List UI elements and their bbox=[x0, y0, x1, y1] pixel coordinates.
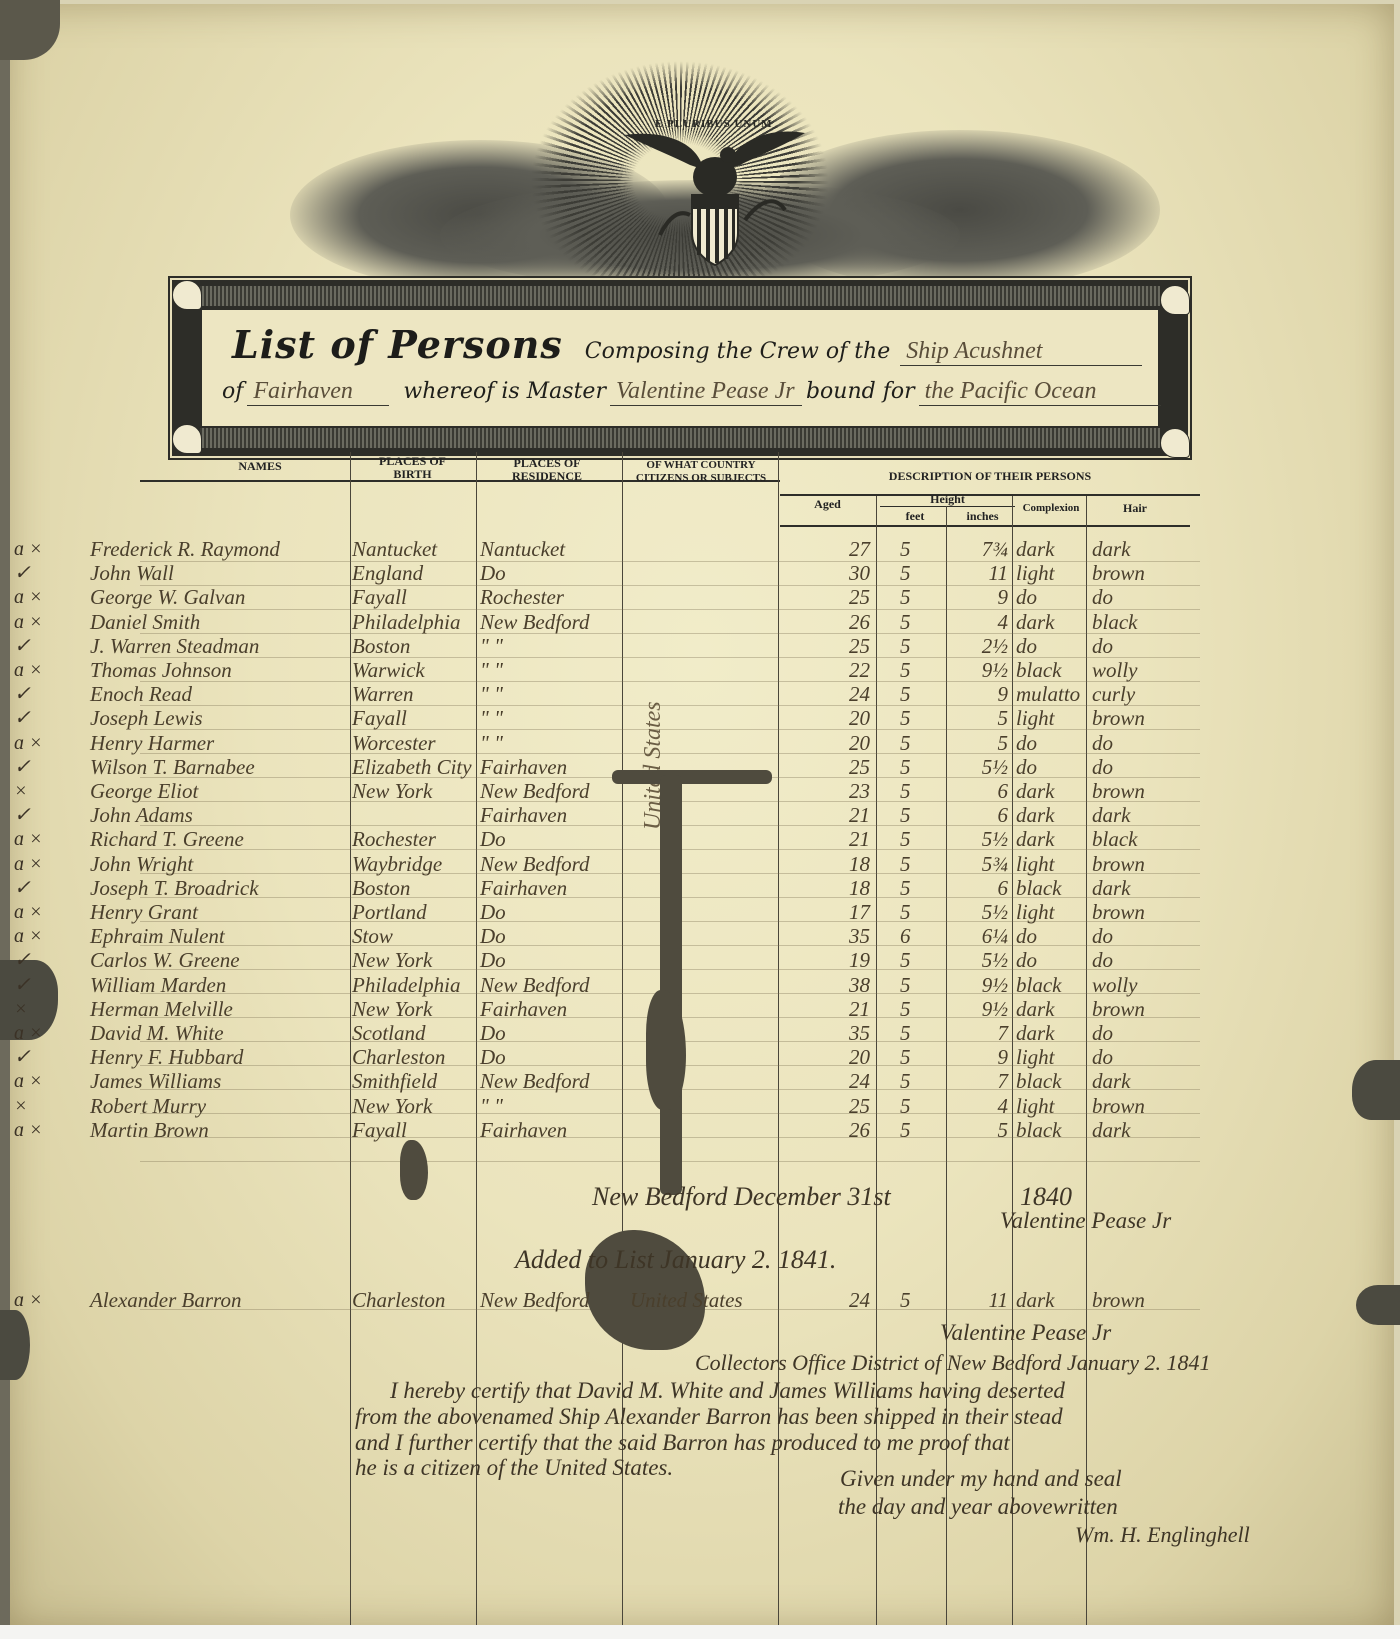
cell-inches: 5 bbox=[950, 706, 1008, 730]
cell-residence: Do bbox=[480, 1045, 620, 1069]
cell-inches: 5¾ bbox=[950, 852, 1008, 876]
cell-name: J. Warren Steadman bbox=[90, 634, 350, 658]
cell-birth: New York bbox=[352, 997, 476, 1021]
cell-inches: 9½ bbox=[950, 997, 1008, 1021]
cell-inches: 11 bbox=[950, 1288, 1008, 1312]
cell-residence: Rochester bbox=[480, 585, 620, 609]
crew-row: ɑ ×John WrightWaybridgeNew Bedford1855¾l… bbox=[0, 852, 1400, 876]
col-header-height: Height bbox=[880, 493, 1015, 506]
cell-complexion: dark bbox=[1016, 610, 1086, 634]
cell-residence: Do bbox=[480, 827, 620, 851]
cell-hair: do bbox=[1092, 1045, 1182, 1069]
cell-name: Richard T. Greene bbox=[90, 827, 350, 851]
cell-complexion: light bbox=[1016, 900, 1086, 924]
cell-age: 24 bbox=[790, 682, 870, 706]
printed-of: of bbox=[222, 379, 243, 404]
cell-inches: 9½ bbox=[950, 658, 1008, 682]
frame-band-bottom bbox=[200, 428, 1160, 448]
cell-inches: 5½ bbox=[950, 900, 1008, 924]
crew-row: ɑ ×George W. GalvanFayallRochester2559do… bbox=[0, 585, 1400, 609]
cell-complexion: dark bbox=[1016, 997, 1086, 1021]
cell-feet: 5 bbox=[900, 585, 940, 609]
crew-row: ɑ ×David M. WhiteScotlandDo3557darkdo bbox=[0, 1021, 1400, 1045]
cell-marks: ɑ × bbox=[14, 585, 84, 609]
cell-residence: Do bbox=[480, 924, 620, 948]
title-line-2: of Fairhaven whereof is Master Valentine… bbox=[222, 378, 1142, 418]
cell-name: George W. Galvan bbox=[90, 585, 350, 609]
cell-marks: ɑ × bbox=[14, 731, 84, 755]
cell-name: Martin Brown bbox=[90, 1118, 350, 1142]
cell-feet: 5 bbox=[900, 537, 940, 561]
cell-complexion: do bbox=[1016, 731, 1086, 755]
certificate-header: Collectors Office District of New Bedfor… bbox=[695, 1350, 1211, 1376]
cell-birth: Philadelphia bbox=[352, 610, 476, 634]
cell-residence: New Bedford bbox=[480, 1288, 620, 1312]
cell-residence: " " bbox=[480, 731, 620, 755]
col-header-inches: inches bbox=[950, 510, 1015, 523]
cell-age: 17 bbox=[790, 900, 870, 924]
cell-feet: 5 bbox=[900, 658, 940, 682]
eagle-shield-icon bbox=[620, 115, 810, 285]
cell-name: James Williams bbox=[90, 1069, 350, 1093]
frame-corner-ornament bbox=[172, 280, 202, 310]
cell-residence: Fairhaven bbox=[480, 1118, 620, 1142]
cell-feet: 5 bbox=[900, 973, 940, 997]
cell-complexion: dark bbox=[1016, 779, 1086, 803]
cell-age: 19 bbox=[790, 948, 870, 972]
cell-age: 27 bbox=[790, 537, 870, 561]
cell-age: 35 bbox=[790, 1021, 870, 1045]
cell-marks: ✓ bbox=[14, 755, 84, 779]
cell-marks: ɑ × bbox=[14, 537, 84, 561]
cell-residence: " " bbox=[480, 682, 620, 706]
ink-stain bbox=[612, 770, 772, 784]
master-signature-1: Valentine Pease Jr bbox=[1000, 1208, 1171, 1234]
cell-age: 20 bbox=[790, 731, 870, 755]
cell-inches: 9 bbox=[950, 585, 1008, 609]
cell-birth: Charleston bbox=[352, 1045, 476, 1069]
cell-residence: " " bbox=[480, 634, 620, 658]
crew-row: ✓Henry F. HubbardCharlestonDo2059lightdo bbox=[0, 1045, 1400, 1069]
col-header-hair: Hair bbox=[1090, 502, 1180, 515]
cell-feet: 5 bbox=[900, 852, 940, 876]
cell-country: United States bbox=[630, 1288, 775, 1312]
frame-corner-ornament bbox=[1160, 285, 1190, 315]
cell-name: Frederick R. Raymond bbox=[90, 537, 350, 561]
cell-feet: 5 bbox=[900, 561, 940, 585]
crew-row: ɑ ×Frederick R. RaymondNantucketNantucke… bbox=[0, 537, 1400, 561]
document-title: List of Persons bbox=[232, 322, 563, 367]
cell-name: Wilson T. Barnabee bbox=[90, 755, 350, 779]
cell-feet: 5 bbox=[900, 610, 940, 634]
cell-marks: ✓ bbox=[14, 1045, 84, 1069]
torn-edge-patch bbox=[0, 1310, 30, 1380]
cell-inches: 6 bbox=[950, 779, 1008, 803]
col-header-complexion: Complexion bbox=[1015, 502, 1087, 515]
cell-marks: ✓ bbox=[14, 561, 84, 585]
cell-hair: curly bbox=[1092, 682, 1182, 706]
cell-inches: 7 bbox=[950, 1069, 1008, 1093]
collector-signature: Wm. H. Englinghell bbox=[1075, 1522, 1250, 1548]
crew-row: ✓Joseph T. BroadrickBostonFairhaven1856b… bbox=[0, 876, 1400, 900]
cell-hair: dark bbox=[1092, 803, 1182, 827]
crew-row: ɑ ×Henry HarmerWorcester" "2055dodo bbox=[0, 731, 1400, 755]
cell-feet: 5 bbox=[900, 1069, 940, 1093]
cell-feet: 5 bbox=[900, 634, 940, 658]
cell-age: 24 bbox=[790, 1288, 870, 1312]
crew-row: ɑ ×Martin BrownFayallFairhaven2655blackd… bbox=[0, 1118, 1400, 1142]
cell-complexion: light bbox=[1016, 706, 1086, 730]
crew-row: ✓Carlos W. GreeneNew YorkDo1955½dodo bbox=[0, 948, 1400, 972]
cell-complexion: do bbox=[1016, 634, 1086, 658]
crew-row: ✓Enoch ReadWarren" "2459mulattocurly bbox=[0, 682, 1400, 706]
cell-birth: Nantucket bbox=[352, 537, 476, 561]
cell-name: Carlos W. Greene bbox=[90, 948, 350, 972]
cell-residence: Fairhaven bbox=[480, 803, 620, 827]
cell-marks: ✓ bbox=[14, 706, 84, 730]
cell-inches: 5 bbox=[950, 731, 1008, 755]
cell-birth: Boston bbox=[352, 634, 476, 658]
cell-birth: Warren bbox=[352, 682, 476, 706]
cell-birth: Elizabeth City bbox=[352, 755, 476, 779]
cell-inches: 7¾ bbox=[950, 537, 1008, 561]
cell-age: 24 bbox=[790, 1069, 870, 1093]
addendum-heading: Added to List January 2. 1841. bbox=[515, 1245, 836, 1275]
cell-birth: Philadelphia bbox=[352, 973, 476, 997]
cell-hair: brown bbox=[1092, 706, 1182, 730]
cell-hair: brown bbox=[1092, 561, 1182, 585]
cell-complexion: do bbox=[1016, 948, 1086, 972]
cell-inches: 5½ bbox=[950, 827, 1008, 851]
cell-birth: Warwick bbox=[352, 658, 476, 682]
cell-complexion: dark bbox=[1016, 827, 1086, 851]
cell-residence: Do bbox=[480, 948, 620, 972]
cell-complexion: light bbox=[1016, 1045, 1086, 1069]
cell-complexion: do bbox=[1016, 585, 1086, 609]
crew-row: ɑ ×Alexander BarronCharlestonNew Bedford… bbox=[0, 1288, 1400, 1312]
cell-feet: 5 bbox=[900, 731, 940, 755]
ink-stain bbox=[660, 775, 682, 1195]
cell-residence: Fairhaven bbox=[480, 755, 620, 779]
cell-feet: 5 bbox=[900, 900, 940, 924]
cell-marks: ✓ bbox=[14, 948, 84, 972]
crew-row: ×Herman MelvilleNew YorkFairhaven2159½da… bbox=[0, 997, 1400, 1021]
cell-birth: Portland bbox=[352, 900, 476, 924]
cell-birth: Worcester bbox=[352, 731, 476, 755]
cell-hair: brown bbox=[1092, 997, 1182, 1021]
cell-complexion: do bbox=[1016, 924, 1086, 948]
scan-bottom-margin bbox=[0, 1625, 1400, 1639]
printed-composing: Composing the Crew of the bbox=[585, 339, 890, 364]
cell-feet: 5 bbox=[900, 827, 940, 851]
cell-inches: 11 bbox=[950, 561, 1008, 585]
cell-hair: black bbox=[1092, 827, 1182, 851]
crew-row: ɑ ×Daniel SmithPhiladelphiaNew Bedford26… bbox=[0, 610, 1400, 634]
cell-age: 20 bbox=[790, 706, 870, 730]
crew-row: ɑ ×Henry GrantPortlandDo1755½lightbrown bbox=[0, 900, 1400, 924]
cell-age: 22 bbox=[790, 658, 870, 682]
cell-hair: brown bbox=[1092, 1094, 1182, 1118]
col-header-aged: Aged bbox=[780, 498, 875, 511]
cell-birth: Smithfield bbox=[352, 1069, 476, 1093]
cell-feet: 5 bbox=[900, 1118, 940, 1142]
cell-age: 25 bbox=[790, 755, 870, 779]
cell-inches: 5½ bbox=[950, 948, 1008, 972]
cell-complexion: black bbox=[1016, 876, 1086, 900]
cell-hair: do bbox=[1092, 924, 1182, 948]
crew-row: ✓John WallEnglandDo30511lightbrown bbox=[0, 561, 1400, 585]
cell-residence: New Bedford bbox=[480, 1069, 620, 1093]
cell-marks: ɑ × bbox=[14, 1288, 84, 1312]
col-header-feet: feet bbox=[880, 510, 950, 523]
cell-complexion: light bbox=[1016, 852, 1086, 876]
cell-feet: 5 bbox=[900, 706, 940, 730]
cell-birth: New York bbox=[352, 948, 476, 972]
cell-feet: 5 bbox=[900, 779, 940, 803]
printed-bound: bound for bbox=[806, 379, 915, 404]
cell-feet: 5 bbox=[900, 948, 940, 972]
cell-age: 38 bbox=[790, 973, 870, 997]
cell-birth: Rochester bbox=[352, 827, 476, 851]
cell-marks: ɑ × bbox=[14, 1021, 84, 1045]
cell-inches: 4 bbox=[950, 610, 1008, 634]
cell-marks: ✓ bbox=[14, 634, 84, 658]
cell-inches: 6 bbox=[950, 876, 1008, 900]
title-line-1: List of Persons Composing the Crew of th… bbox=[232, 322, 1142, 378]
cell-age: 25 bbox=[790, 634, 870, 658]
master-signature-2: Valentine Pease Jr bbox=[940, 1320, 1111, 1346]
cell-inches: 6¼ bbox=[950, 924, 1008, 948]
cell-complexion: dark bbox=[1016, 1288, 1086, 1312]
cell-feet: 5 bbox=[900, 1045, 940, 1069]
cell-complexion: light bbox=[1016, 561, 1086, 585]
cell-inches: 9½ bbox=[950, 973, 1008, 997]
certificate-line-1: I hereby certify that David M. White and… bbox=[390, 1378, 1065, 1404]
cell-hair: brown bbox=[1092, 852, 1182, 876]
cell-age: 21 bbox=[790, 997, 870, 1021]
cell-residence: New Bedford bbox=[480, 973, 620, 997]
cell-name: Daniel Smith bbox=[90, 610, 350, 634]
cell-birth: New York bbox=[352, 779, 476, 803]
printed-master: whereof is Master bbox=[403, 379, 606, 404]
cell-birth: Fayall bbox=[352, 706, 476, 730]
cell-hair: brown bbox=[1092, 1288, 1182, 1312]
cell-inches: 4 bbox=[950, 1094, 1008, 1118]
crew-row: ✓J. Warren SteadmanBoston" "2552½dodo bbox=[0, 634, 1400, 658]
frame-band-top bbox=[200, 286, 1160, 306]
cell-age: 21 bbox=[790, 803, 870, 827]
cell-age: 18 bbox=[790, 852, 870, 876]
cell-complexion: dark bbox=[1016, 803, 1086, 827]
cell-birth: Boston bbox=[352, 876, 476, 900]
cell-hair: brown bbox=[1092, 900, 1182, 924]
col-header-country: OF WHAT COUNTRY CITIZENS OR SUBJECTS bbox=[622, 459, 780, 485]
cell-feet: 5 bbox=[900, 997, 940, 1021]
cell-residence: Fairhaven bbox=[480, 997, 620, 1021]
cell-marks: ɑ × bbox=[14, 852, 84, 876]
cell-residence: Do bbox=[480, 900, 620, 924]
cell-name: Joseph T. Broadrick bbox=[90, 876, 350, 900]
col-header-names: NAMES bbox=[180, 460, 340, 473]
cell-birth: Fayall bbox=[352, 585, 476, 609]
cell-marks: × bbox=[14, 1094, 84, 1118]
cell-name: John Wright bbox=[90, 852, 350, 876]
cell-hair: dark bbox=[1092, 537, 1182, 561]
crew-row: ɑ ×James WilliamsSmithfieldNew Bedford24… bbox=[0, 1069, 1400, 1093]
cell-marks: ɑ × bbox=[14, 827, 84, 851]
certificate-given-2: the day and year abovewritten bbox=[838, 1494, 1118, 1520]
cell-name: David M. White bbox=[90, 1021, 350, 1045]
crew-row: ɑ ×Ephraim NulentStowDo3566¼dodo bbox=[0, 924, 1400, 948]
cell-age: 25 bbox=[790, 1094, 870, 1118]
crew-row: ✓William MardenPhiladelphiaNew Bedford38… bbox=[0, 973, 1400, 997]
cell-hair: black bbox=[1092, 610, 1182, 634]
cell-feet: 5 bbox=[900, 803, 940, 827]
cell-marks: ɑ × bbox=[14, 610, 84, 634]
cell-residence: Do bbox=[480, 561, 620, 585]
cell-hair: wolly bbox=[1092, 973, 1182, 997]
cell-marks: ɑ × bbox=[14, 1069, 84, 1093]
cell-birth: Charleston bbox=[352, 1288, 476, 1312]
crew-row: ×Robert MurryNew York" "2554lightbrown bbox=[0, 1094, 1400, 1118]
cell-birth: New York bbox=[352, 1094, 476, 1118]
crew-row: ɑ ×Thomas JohnsonWarwick" "2259½blackwol… bbox=[0, 658, 1400, 682]
cell-marks: ✓ bbox=[14, 973, 84, 997]
header-rule-bottom bbox=[780, 525, 1190, 527]
cell-feet: 6 bbox=[900, 924, 940, 948]
cell-age: 25 bbox=[790, 585, 870, 609]
cell-feet: 5 bbox=[900, 682, 940, 706]
cell-age: 20 bbox=[790, 1045, 870, 1069]
cell-residence: Fairhaven bbox=[480, 876, 620, 900]
cell-birth: Scotland bbox=[352, 1021, 476, 1045]
col-header-birth: PLACES OF BIRTH bbox=[365, 455, 460, 481]
cell-name: William Marden bbox=[90, 973, 350, 997]
cell-complexion: black bbox=[1016, 658, 1086, 682]
cell-hair: do bbox=[1092, 948, 1182, 972]
certificate-line-3: and I further certify that the said Barr… bbox=[355, 1430, 1010, 1456]
home-port: Fairhaven bbox=[247, 378, 389, 406]
cell-complexion: black bbox=[1016, 1069, 1086, 1093]
cell-age: 18 bbox=[790, 876, 870, 900]
crew-row: ✓Joseph LewisFayall" "2055lightbrown bbox=[0, 706, 1400, 730]
cell-age: 35 bbox=[790, 924, 870, 948]
cell-age: 30 bbox=[790, 561, 870, 585]
destination: the Pacific Ocean bbox=[919, 378, 1161, 406]
cell-marks: ✓ bbox=[14, 682, 84, 706]
cell-name: Henry F. Hubbard bbox=[90, 1045, 350, 1069]
col-header-residence: PLACES OF RESIDENCE bbox=[492, 457, 602, 483]
cell-complexion: do bbox=[1016, 755, 1086, 779]
cell-residence: Do bbox=[480, 1021, 620, 1045]
cell-hair: do bbox=[1092, 585, 1182, 609]
cell-hair: dark bbox=[1092, 1118, 1182, 1142]
cell-name: Enoch Read bbox=[90, 682, 350, 706]
cell-birth: Waybridge bbox=[352, 852, 476, 876]
cell-name: Henry Harmer bbox=[90, 731, 350, 755]
cell-feet: 5 bbox=[900, 1288, 940, 1312]
col-header-description: DESCRIPTION OF THEIR PERSONS bbox=[800, 470, 1180, 483]
cell-inches: 9 bbox=[950, 1045, 1008, 1069]
cell-inches: 9 bbox=[950, 682, 1008, 706]
cell-marks: ɑ × bbox=[14, 924, 84, 948]
cell-residence: New Bedford bbox=[480, 779, 620, 803]
cell-age: 26 bbox=[790, 610, 870, 634]
cell-complexion: dark bbox=[1016, 1021, 1086, 1045]
cell-inches: 5½ bbox=[950, 755, 1008, 779]
cell-name: Alexander Barron bbox=[90, 1288, 350, 1312]
cell-age: 21 bbox=[790, 827, 870, 851]
cell-name: Herman Melville bbox=[90, 997, 350, 1021]
master-name: Valentine Pease Jr bbox=[610, 378, 802, 406]
cell-residence: " " bbox=[480, 706, 620, 730]
cell-residence: Nantucket bbox=[480, 537, 620, 561]
cell-complexion: dark bbox=[1016, 537, 1086, 561]
frame-corner-ornament bbox=[1160, 428, 1190, 458]
cell-feet: 5 bbox=[900, 1094, 940, 1118]
cell-inches: 2½ bbox=[950, 634, 1008, 658]
cell-marks: × bbox=[14, 779, 84, 803]
cell-inches: 6 bbox=[950, 803, 1008, 827]
cell-inches: 7 bbox=[950, 1021, 1008, 1045]
cell-complexion: mulatto bbox=[1016, 682, 1086, 706]
cell-hair: brown bbox=[1092, 779, 1182, 803]
cell-complexion: light bbox=[1016, 1094, 1086, 1118]
certificate-given-1: Given under my hand and seal bbox=[840, 1466, 1122, 1492]
certificate-line-4: he is a citizen of the United States. bbox=[355, 1455, 673, 1481]
cell-inches: 5 bbox=[950, 1118, 1008, 1142]
cell-marks: ɑ × bbox=[14, 658, 84, 682]
cell-marks: ✓ bbox=[14, 876, 84, 900]
cell-feet: 5 bbox=[900, 1021, 940, 1045]
cell-name: John Wall bbox=[90, 561, 350, 585]
dated-place: New Bedford December 31st bbox=[592, 1182, 891, 1212]
vessel-name: Ship Acushnet bbox=[900, 338, 1142, 366]
cell-name: Ephraim Nulent bbox=[90, 924, 350, 948]
cell-name: John Adams bbox=[90, 803, 350, 827]
height-subrule bbox=[880, 506, 1015, 507]
cell-marks: × bbox=[14, 997, 84, 1021]
cell-name: George Eliot bbox=[90, 779, 350, 803]
frame-corner-ornament bbox=[172, 424, 202, 454]
certificate-line-2: from the abovenamed Ship Alexander Barro… bbox=[355, 1404, 1063, 1430]
cell-marks: ɑ × bbox=[14, 900, 84, 924]
cell-marks: ✓ bbox=[14, 803, 84, 827]
cell-hair: do bbox=[1092, 634, 1182, 658]
crew-row: ɑ ×Richard T. GreeneRochesterDo2155½dark… bbox=[0, 827, 1400, 851]
cell-birth: Fayall bbox=[352, 1118, 476, 1142]
cell-birth: England bbox=[352, 561, 476, 585]
cell-birth: Stow bbox=[352, 924, 476, 948]
cell-age: 23 bbox=[790, 779, 870, 803]
cell-age: 26 bbox=[790, 1118, 870, 1142]
crew-row: ✓John AdamsFairhaven2156darkdark bbox=[0, 803, 1400, 827]
cell-residence: " " bbox=[480, 658, 620, 682]
cell-hair: wolly bbox=[1092, 658, 1182, 682]
cell-residence: " " bbox=[480, 1094, 620, 1118]
cell-feet: 5 bbox=[900, 876, 940, 900]
cell-complexion: black bbox=[1016, 1118, 1086, 1142]
cell-name: Joseph Lewis bbox=[90, 706, 350, 730]
cell-name: Robert Murry bbox=[90, 1094, 350, 1118]
cell-hair: do bbox=[1092, 1021, 1182, 1045]
cell-hair: dark bbox=[1092, 876, 1182, 900]
cell-name: Thomas Johnson bbox=[90, 658, 350, 682]
cell-hair: do bbox=[1092, 755, 1182, 779]
cell-name: Henry Grant bbox=[90, 900, 350, 924]
cell-complexion: black bbox=[1016, 973, 1086, 997]
cell-residence: New Bedford bbox=[480, 852, 620, 876]
